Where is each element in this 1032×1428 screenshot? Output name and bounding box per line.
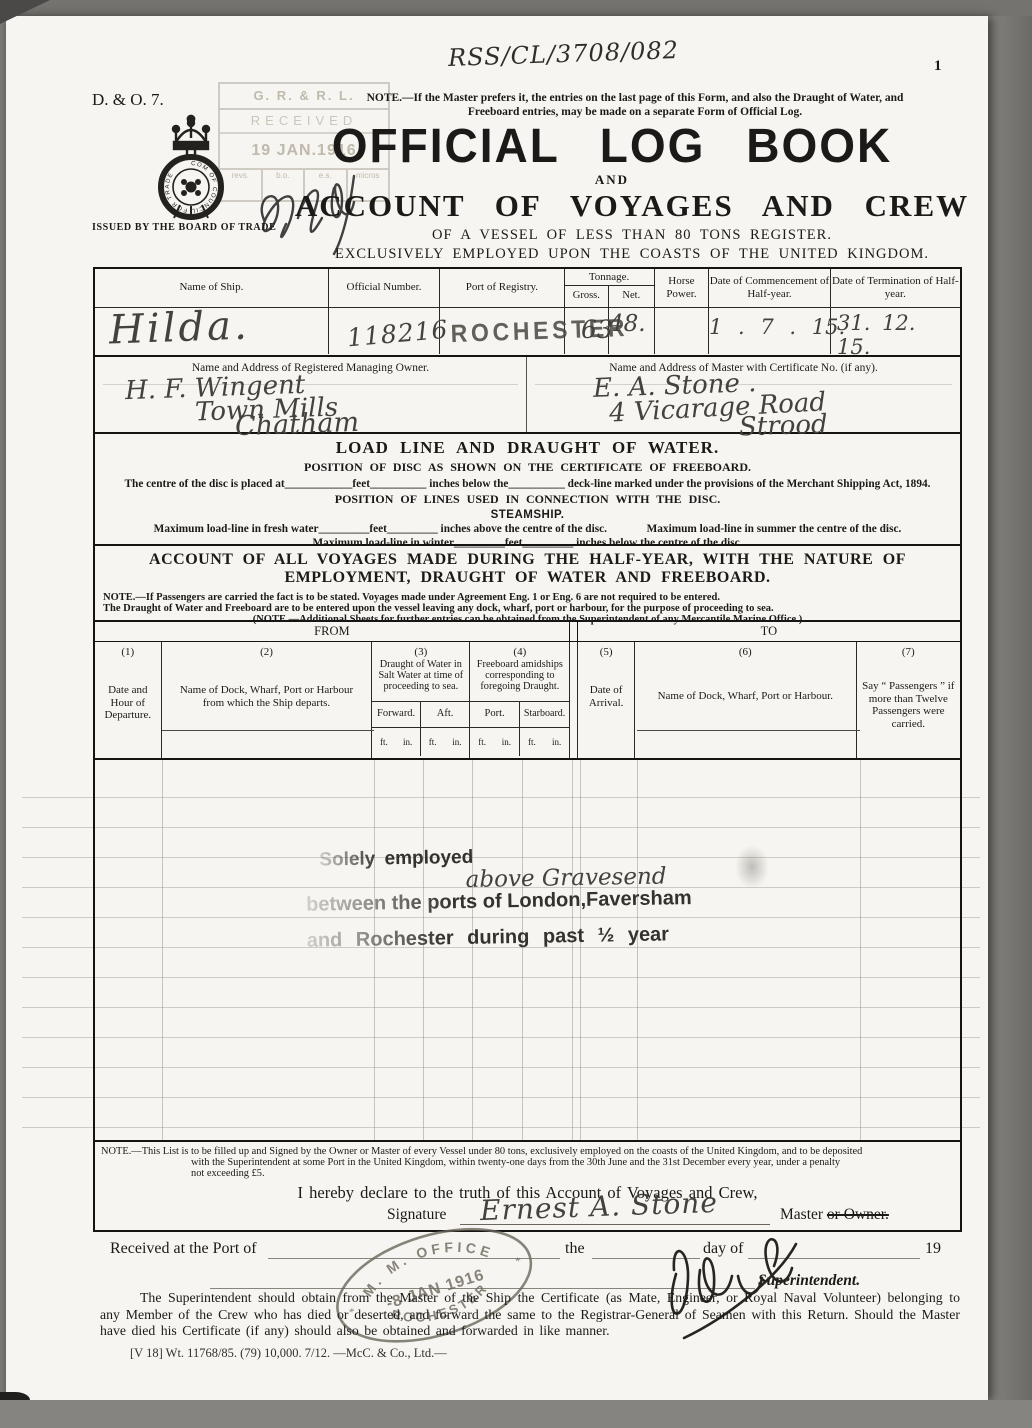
form-code: D. & O. 7.: [92, 90, 164, 110]
declaration-section: NOTE.—This List is to be filled up and S…: [95, 1142, 960, 1230]
load-line-summer: Maximum load-line in summer the centre o…: [647, 523, 902, 535]
to-label: TO: [578, 622, 960, 641]
scan-edge-bottom: [0, 1400, 1032, 1428]
unit-in: in.: [452, 737, 461, 747]
subtitle-register: OF A VESSEL OF LESS THAN 80 TONS REGISTE…: [282, 227, 982, 244]
unit-ft: ft.: [478, 737, 486, 747]
voyage-col1-header: (1) Date and Hour of Departure.: [95, 642, 162, 758]
col1-num: (1): [95, 646, 161, 658]
unit-in: in.: [403, 737, 412, 747]
unit-ft: ft.: [429, 737, 437, 747]
load-line-section: LOAD LINE AND DRAUGHT OF WATER. POSITION…: [95, 434, 960, 546]
col7-label: Say “ Passengers ” if more than Twelve P…: [857, 680, 960, 730]
unit-in: in.: [552, 737, 561, 747]
unit-ft: ft.: [380, 737, 388, 747]
col4-sub1: Port.: [470, 702, 520, 727]
scanned-log-book-page: RSS/CL/3708/082 1 D. & O. 7. G. R. & R. …: [0, 0, 1032, 1428]
declaration-note3: not exceeding £5.: [95, 1168, 960, 1179]
printer-imprint: [V 18] Wt. 11768/85. (79) 10,000. 7/12. …: [130, 1346, 447, 1361]
voyage-col2-header: (2) Name of Dock, Wharf, Port or Harbour…: [162, 642, 373, 758]
owner-master-section: Name and Address of Registered Managing …: [95, 357, 960, 434]
col3-label: Draught of Water in Salt Water at time o…: [372, 658, 469, 692]
col3-num: (3): [372, 646, 469, 658]
col1-label: Date and Hour of Departure.: [95, 684, 161, 722]
col-horse-power: Horse Power.: [655, 269, 710, 307]
col5-num: (5): [578, 646, 634, 658]
voyage-col4-header: (4) Freeboard amidships corresponding to…: [470, 642, 570, 758]
voyage-table-body: [95, 760, 960, 1142]
page-title: OFFICIAL LOG BOOK: [262, 117, 962, 174]
master-label: Master: [780, 1206, 823, 1223]
form-frame: Name of Ship. Official Number. Port of R…: [93, 267, 962, 1232]
scan-edge-top: [0, 0, 1032, 16]
board-of-trade-crest-icon: COM OF COUNCIL FOR TRADE: [146, 110, 236, 235]
account-note2: The Draught of Water and Freeboard are t…: [95, 603, 960, 614]
from-label: FROM: [95, 622, 570, 641]
voyage-col7-header: (7) Say “ Passengers ” if more than Twel…: [857, 642, 960, 758]
col4-label: Freeboard amidships corresponding to for…: [470, 658, 569, 692]
received-the-label: the: [565, 1240, 585, 1258]
scan-corner-mark: [0, 0, 50, 24]
commencement-value: 1 . 7 . 15.: [709, 315, 845, 339]
tonnage-gross-label: Gross.: [565, 286, 610, 307]
page-subtitle: ACCOUNT OF VOYAGES AND CREW: [282, 188, 982, 224]
termination-value: 31. 12. 15.: [837, 311, 960, 359]
col3-sub1: Forward.: [372, 702, 421, 727]
page-number: 1: [934, 58, 942, 75]
col3-sub2: Aft.: [421, 702, 470, 727]
load-line-title: LOAD LINE AND DRAUGHT OF WATER.: [95, 434, 960, 458]
account-title1: ACCOUNT OF ALL VOYAGES MADE DURING THE H…: [95, 546, 960, 569]
employment-stamp-line1: Solely employed: [319, 847, 473, 872]
load-line-steamship: STEAMSHIP.: [95, 507, 960, 521]
account-heading-section: ACCOUNT OF ALL VOYAGES MADE DURING THE H…: [95, 546, 960, 622]
col4-num: (4): [470, 646, 569, 658]
col-port-of-registry: Port of Registry.: [440, 269, 564, 307]
received-year: 19: [925, 1240, 941, 1258]
col-commencement: Date of Commencement of Half-year.: [709, 269, 830, 307]
voyage-table-header: (1) Date and Hour of Departure. (2) Name…: [95, 642, 960, 760]
masthead-note-line1: NOTE.—If the Master prefers it, the entr…: [310, 92, 960, 106]
master-or-owner: Master or Owner.: [780, 1206, 889, 1224]
load-line-line1: The centre of the disc is placed at_____…: [95, 475, 960, 490]
declaration-note2: with the Superintendent at some Port in …: [95, 1157, 960, 1168]
closing-paragraph: The Superintendent should obtain from th…: [100, 1290, 960, 1340]
col-official-number: Official Number.: [329, 269, 440, 307]
masthead-note: NOTE.—If the Master prefers it, the entr…: [310, 92, 960, 119]
unit-in: in.: [502, 737, 511, 747]
declaration-note1: NOTE.—This List is to be filled up and S…: [95, 1142, 960, 1157]
or-owner-struck: or Owner.: [827, 1206, 889, 1223]
col5-label: Date of Arrival.: [578, 684, 634, 709]
voyage-col5-header: (5) Date of Arrival.: [578, 642, 635, 758]
col6-label: Name of Dock, Wharf, Port or Harbour.: [635, 690, 856, 703]
load-line-sub2: POSITION OF LINES USED IN CONNECTION WIT…: [95, 490, 960, 507]
ship-name-value: Hilda.: [108, 303, 250, 354]
received-at-label: Received at the Port of: [110, 1240, 257, 1258]
load-line-fresh: Maximum load-line in fresh water________…: [154, 523, 607, 535]
account-note1: NOTE.—If Passengers are carried the fact…: [95, 587, 960, 603]
account-title2: EMPLOYMENT, DRAUGHT OF WATER AND FREEBOA…: [95, 569, 960, 587]
subtitle-coasts: EXCLUSIVELY EMPLOYED UPON THE COASTS OF …: [232, 246, 1032, 263]
col-name-of-ship: Name of Ship.: [95, 269, 329, 307]
signature-label: Signature: [387, 1206, 446, 1224]
voyage-col6-header: (6) Name of Dock, Wharf, Port or Harbour…: [635, 642, 857, 758]
col-termination: Date of Termination of Half-year.: [831, 269, 960, 307]
owner-header: Name and Address of Registered Managing …: [95, 357, 526, 375]
svg-text:*: *: [514, 1255, 523, 1268]
unit-ft: ft.: [528, 737, 536, 747]
col6-num: (6): [635, 646, 856, 658]
col-tonnage: Tonnage. Gross. Net.: [565, 269, 655, 307]
load-line-sub1: POSITION OF DISC AS SHOWN ON THE CERTIFI…: [95, 458, 960, 475]
tonnage-net-label: Net.: [609, 286, 654, 307]
from-to-band: FROM TO: [95, 622, 960, 642]
col7-num: (7): [857, 646, 960, 658]
tonnage-label: Tonnage.: [565, 269, 654, 286]
voyage-col3-header: (3) Draught of Water in Salt Water at ti…: [372, 642, 470, 758]
col2-label: Name of Dock, Wharf, Port or Harbour fro…: [162, 684, 372, 709]
issued-by-caption: ISSUED BY THE BOARD OF TRADE: [92, 222, 276, 233]
title-and: AND: [262, 172, 962, 188]
ship-info-table: Name of Ship. Official Number. Port of R…: [95, 269, 960, 357]
col4-sub2: Starboard.: [520, 702, 570, 727]
tonnage-net-value: 48.: [609, 311, 646, 337]
col2-num: (2): [162, 646, 372, 658]
